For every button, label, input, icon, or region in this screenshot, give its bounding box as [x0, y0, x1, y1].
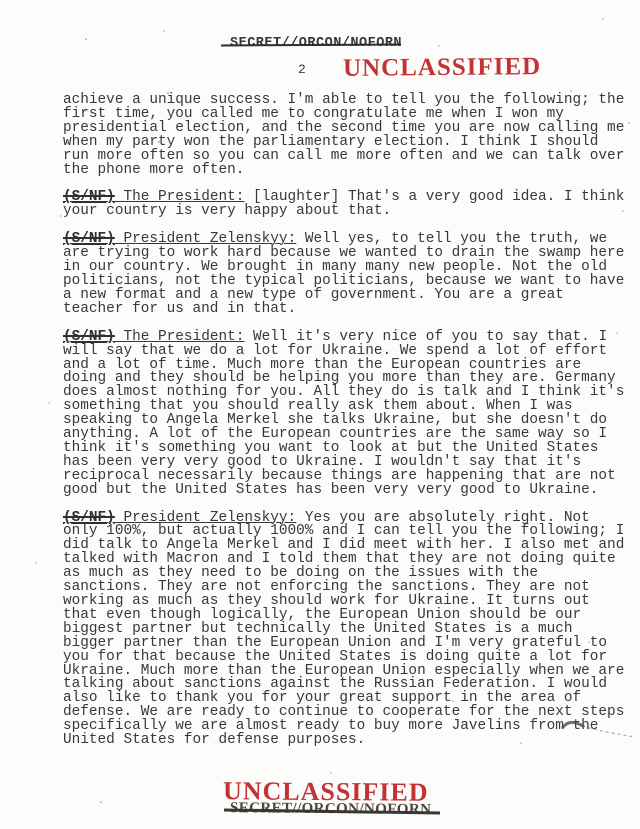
pen-mark-artifact	[561, 718, 639, 742]
transcript-paragraph: achieve a unique success. I'm able to te…	[63, 94, 625, 177]
paragraph-text: Yes you are absolutely right. Not only 1…	[63, 510, 624, 749]
body-text: achieve a unique success. I'm able to te…	[63, 94, 625, 762]
paragraph-text: achieve a unique success. I'm able to te…	[63, 92, 624, 178]
page-number: 2	[298, 62, 306, 77]
paragraph-text: Well it's very nice of you to say that. …	[63, 329, 624, 498]
scanned-document-page: SECRET//ORCON/NOFORN 2 UNCLASSIFIED achi…	[0, 0, 640, 829]
transcript-paragraph: (S/NF) The President: Well it's very nic…	[63, 331, 625, 498]
transcript-paragraph: (S/NF) President Zelenskyy: Yes you are …	[63, 512, 625, 748]
transcript-paragraph: (S/NF) The President: [laughter] That's …	[63, 191, 625, 219]
scan-noise-specks	[0, 0, 2, 2]
unclassified-stamp-top: UNCLASSIFIED	[343, 53, 541, 83]
transcript-paragraph: (S/NF) President Zelenskyy: Well yes, to…	[63, 233, 625, 316]
